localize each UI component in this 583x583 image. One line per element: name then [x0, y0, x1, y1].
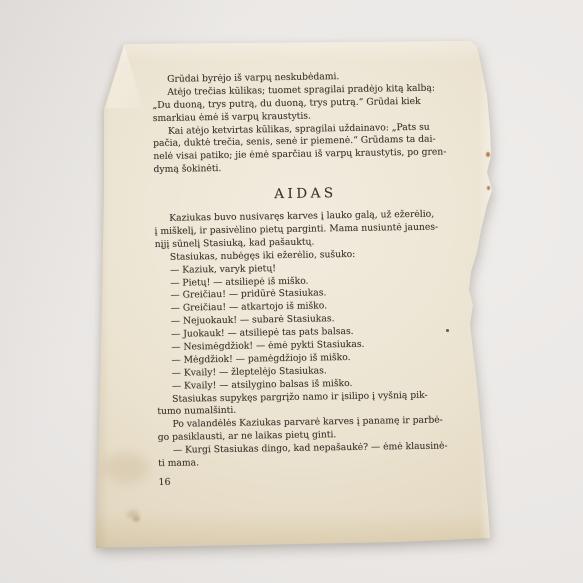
- paper-stain: [103, 453, 149, 483]
- story-paragraphs: Kaziukas buvo nusivaręs karves į lauko g…: [154, 208, 456, 470]
- photo-backdrop: Grūdai byrėjo iš varpų neskubėdami. Atėj…: [0, 0, 583, 583]
- story-title: AIDAS: [154, 183, 452, 204]
- paper-stain: [133, 516, 140, 522]
- rust-speck: [486, 152, 490, 157]
- page-number: 16: [158, 472, 456, 490]
- book-page: Grūdai byrėjo iš varpų neskubėdami. Atėj…: [93, 38, 493, 550]
- folded-corner: [93, 38, 151, 112]
- rust-speck: [487, 186, 490, 190]
- page-text: Grūdai byrėjo iš varpų neskubėdami. Atėj…: [152, 69, 456, 489]
- intro-paragraphs: Grūdai byrėjo iš varpų neskubėdami. Atėj…: [152, 69, 452, 177]
- page-shadow: Grūdai byrėjo iš varpų neskubėdami. Atėj…: [0, 0, 583, 583]
